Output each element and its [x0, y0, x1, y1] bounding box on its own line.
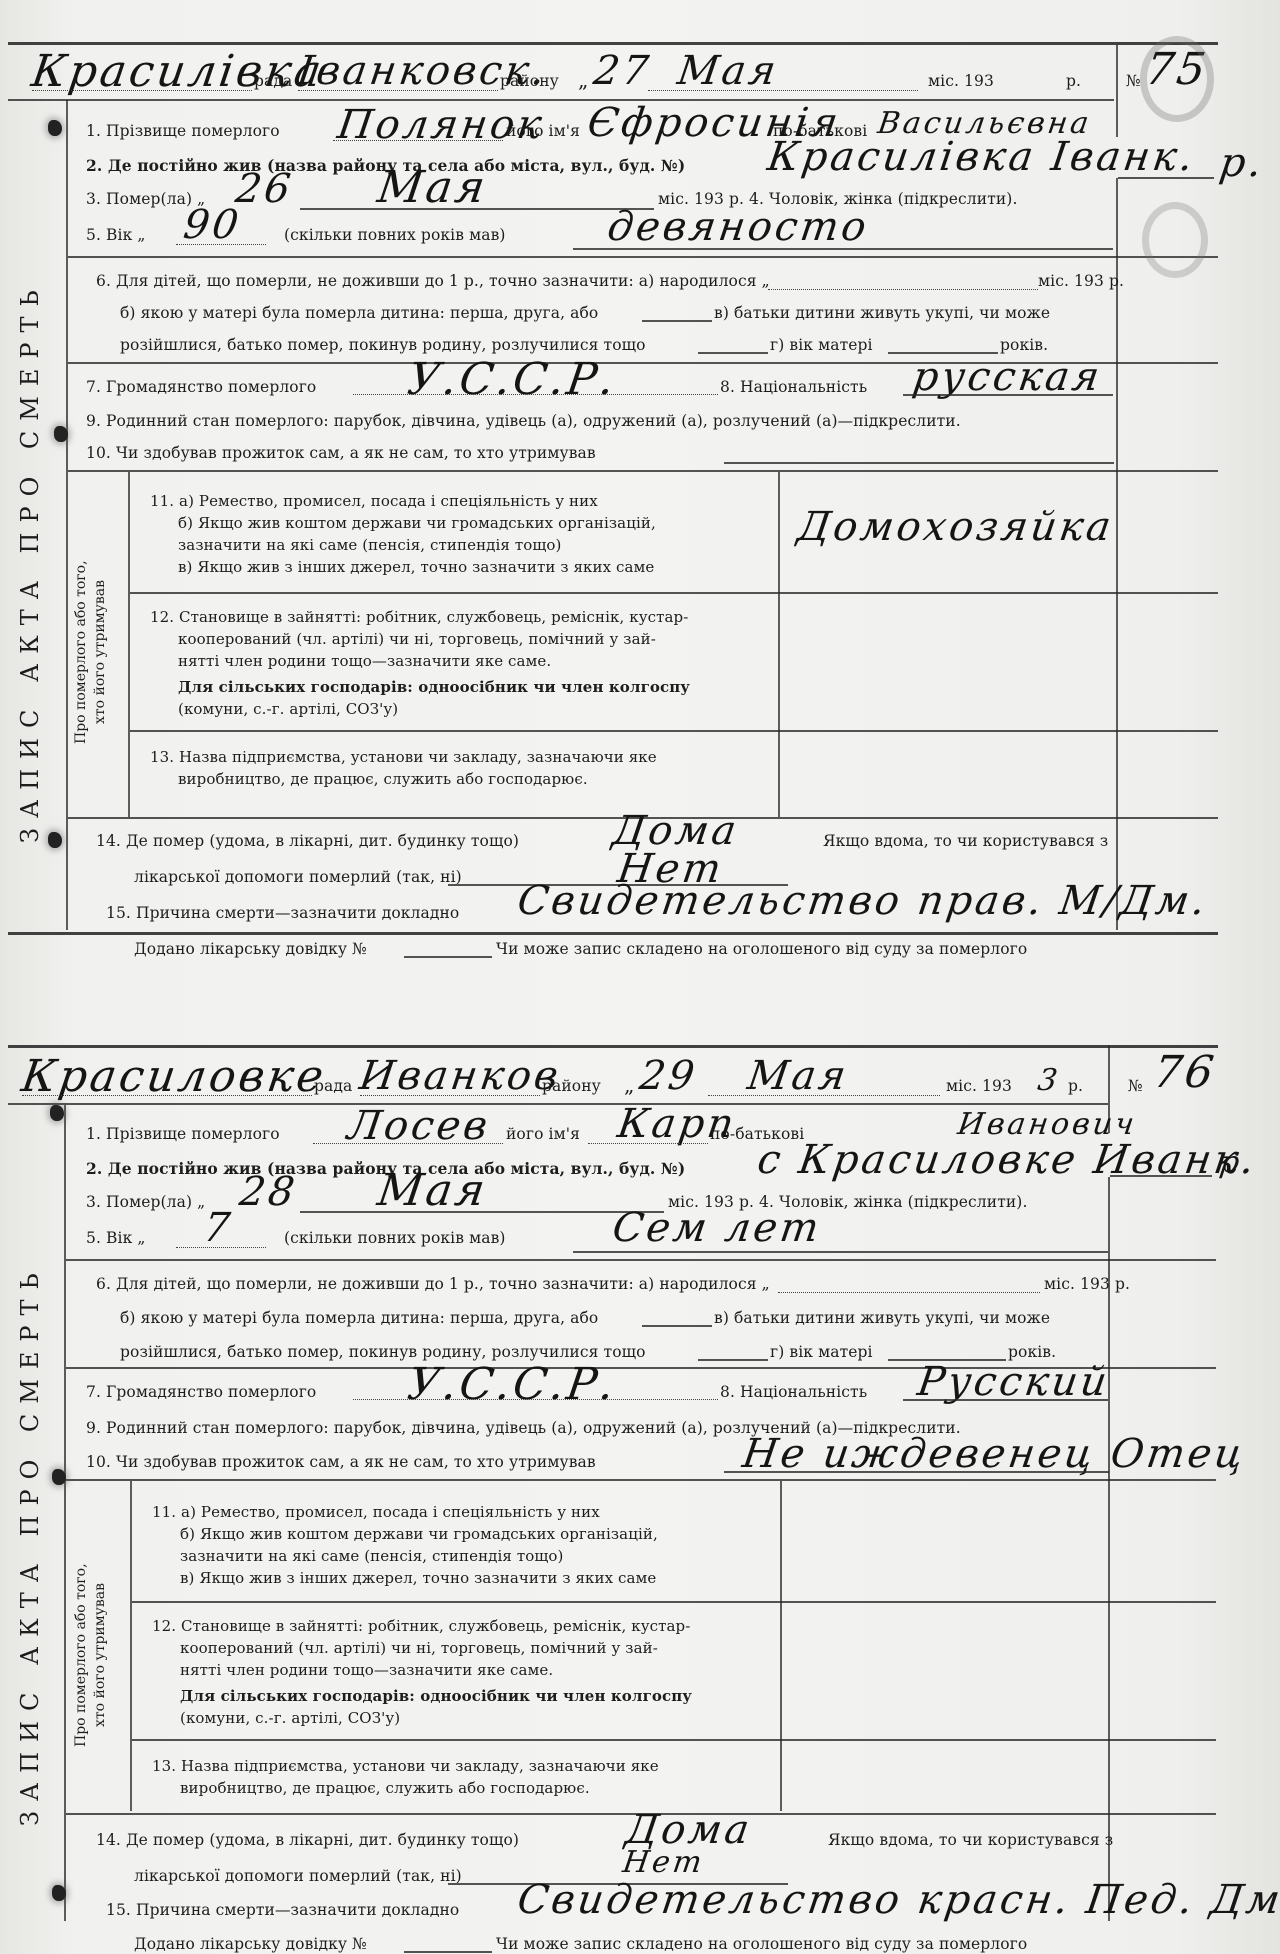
label-q8: 8. Національність — [720, 1383, 867, 1401]
label-q12a: 12. Становище в зайнятті: робітник, служ… — [150, 608, 688, 626]
binding-hole — [52, 1469, 66, 1485]
label-rada: рада — [314, 1077, 352, 1095]
record-2-residence: с Красиловке Иванк. — [755, 1137, 1260, 1183]
label-q3: 3. Помер(ла) „ — [86, 1193, 205, 1211]
label-month: міс. 193 — [946, 1077, 1012, 1095]
label-q14-tail: Якщо вдома, то чи користувався з — [828, 1831, 1113, 1849]
label-q14: 14. Де помер (удома, в лікарні, дит. буд… — [96, 832, 519, 850]
label-q6v: в) батьки дитини живуть укупі, чи може — [714, 304, 1050, 322]
record-1-residence-suffix: р. — [1217, 140, 1268, 186]
label-q10: 10. Чи здобував прожиток сам, а як не са… — [86, 444, 596, 462]
label-raion: району — [542, 1077, 601, 1095]
label-q12d: Для сільських господарів: одноосібник чи… — [178, 678, 690, 696]
label-q5: 5. Вік „ — [86, 1229, 146, 1247]
scanned-document-page: Красилівка рада Іванковск. району „ 27 М… — [0, 0, 1280, 1954]
label-q13a: 13. Назва підприємства, установи чи закл… — [150, 748, 657, 766]
label-q12e: (комуни, с.-г. артілі, СОЗ'у) — [180, 1709, 400, 1727]
label-q15: 15. Причина смерти—зазначити докладно — [106, 1901, 459, 1919]
label-number: № — [1128, 1077, 1143, 1095]
label-rada: рада — [254, 72, 292, 90]
label-q11b2: зазначити на які саме (пенсія, стипендія… — [180, 1547, 564, 1565]
death-record-2: Красиловке рада Иванков району „ 29 Мая … — [8, 1045, 1218, 1925]
label-q6a-tail: міс. 193 р. — [1044, 1275, 1130, 1293]
record-2-death-day: 28 — [237, 1169, 300, 1215]
label-q6a-tail: міс. 193 р. — [1038, 272, 1124, 290]
label-q8: 8. Національність — [720, 378, 867, 396]
label-q13b: виробництво, де працює, служить або госп… — [180, 1779, 590, 1797]
label-q12c: нятті член родини тощо—зазначити яке сам… — [180, 1661, 553, 1679]
record-2-month: Мая — [745, 1053, 852, 1099]
label-q11c: в) Якщо жив з інших джерел, точно зазнач… — [178, 558, 654, 576]
label-q11b2: зазначити на які саме (пенсія, стипендія… — [178, 536, 562, 554]
label-q11c: в) Якщо жив з інших джерел, точно зазнач… — [180, 1569, 656, 1587]
label-q11a: 11. а) Ремество, промисел, посада і спец… — [150, 492, 598, 510]
side-title: ЗАПИС АКТА ПРО СМЕРТЬ — [16, 212, 46, 912]
label-q14: 14. Де помер (удома, в лікарні, дит. буд… — [96, 1831, 519, 1849]
label-q6g: г) вік матері — [770, 336, 873, 354]
binding-hole — [50, 1105, 64, 1121]
label-year: р. — [1068, 1077, 1083, 1095]
label-q6a: 6. Для дітей, що померли, не доживши до … — [96, 272, 770, 290]
label-q12a: 12. Становище в зайнятті: робітник, служ… — [152, 1617, 690, 1635]
binding-hole — [48, 832, 62, 848]
label-q10: 10. Чи здобував прожиток сам, а як не са… — [86, 1453, 596, 1471]
label-q6b: б) якою у матері була померла дитина: пе… — [120, 304, 598, 322]
record-1-death-month: Мая — [374, 162, 491, 213]
label-q16: Додано лікарську довідку № — [134, 1935, 367, 1953]
label-q1: 1. Прізвище померлого — [86, 122, 280, 140]
binding-hole — [52, 1885, 66, 1901]
record-2-age: 7 — [201, 1205, 236, 1251]
label-q7: 7. Громадянство померлого — [86, 378, 316, 396]
pencil-margin-mark — [1140, 36, 1214, 122]
label-year: р. — [1066, 72, 1081, 90]
record-1-month: Мая — [675, 48, 782, 94]
label-q5-tail: (скільки повних років мав) — [284, 226, 506, 244]
label-q6g: г) вік матері — [770, 1343, 873, 1361]
label-raion: району — [500, 72, 559, 90]
record-2-raion: Иванков — [357, 1053, 564, 1099]
death-record-1: Красилівка рада Іванковск. району „ 27 М… — [8, 42, 1218, 932]
label-q6g-tail: років. — [1000, 336, 1048, 354]
record-2-number: 76 — [1150, 1047, 1219, 1098]
label-q14b: лікарської допомоги померлий (так, ні) — [134, 1867, 462, 1885]
label-q11a: 11. а) Ремество, промисел, посада і спец… — [152, 1503, 600, 1521]
label-q14b: лікарської допомоги померлий (так, ні) — [134, 868, 462, 886]
binding-hole — [48, 120, 62, 136]
label-number: № — [1126, 72, 1141, 90]
label-q1-name: його ім'я — [506, 1125, 580, 1143]
label-q12c: нятті член родини тощо—зазначити яке сам… — [178, 652, 551, 670]
record-1-citizenship: У.С.С.Р. — [404, 354, 620, 405]
label-q12b: кооперований (чл. артілі) чи ні, торгове… — [180, 1639, 658, 1657]
label-q11b: б) Якщо жив коштом держави чи громадськи… — [180, 1525, 658, 1543]
record-1-residence: Красилівка Іванк. — [765, 134, 1199, 180]
binding-hole — [54, 426, 68, 442]
side-subtitle: Про померлого або того,хто його утримува… — [72, 512, 126, 792]
label-month: міс. 193 — [928, 72, 994, 90]
record-2-death-month: Мая — [374, 1165, 491, 1216]
pencil-margin-mark — [1142, 202, 1208, 278]
label-q11b: б) Якщо жив коштом держави чи громадськи… — [178, 514, 656, 532]
record-2-medical-help: Нет — [621, 1845, 707, 1880]
record-2-residence-suffix: р. — [1218, 1145, 1258, 1180]
record-1-cause-of-death: Свидетельство прав. М/Дм. — [515, 878, 1211, 924]
label-q9: 9. Родинний стан померлого: парубок, дів… — [86, 412, 961, 430]
label-q5-tail: (скільки повних років мав) — [284, 1229, 506, 1247]
label-q14-tail: Якщо вдома, то чи користувався з — [823, 832, 1108, 850]
side-subtitle: Про померлого або того,хто його утримува… — [72, 1515, 126, 1795]
label-q6a: 6. Для дітей, що померли, не доживши до … — [96, 1275, 770, 1293]
label-q12b: кооперований (чл. артілі) чи ні, торгове… — [178, 630, 656, 648]
record-2-age-words: Сем лет — [610, 1205, 825, 1251]
label-q15: 15. Причина смерти—зазначити докладно — [106, 904, 459, 922]
record-2-citizenship: У.С.С.Р. — [404, 1359, 620, 1410]
label-q12e: (комуни, с.-г. артілі, СОЗ'у) — [178, 700, 398, 718]
record-2-cause-of-death: Свидетельство красн. Пед. Дмб. — [515, 1877, 1280, 1923]
record-1-occupation: Домохозяйка — [795, 504, 1117, 550]
label-q5: 5. Вік „ — [86, 226, 146, 244]
record-1-age: 90 — [181, 202, 244, 248]
label-q6c: розійшлися, батько помер, покинув родину… — [120, 336, 646, 354]
label-q13b: виробництво, де працює, служить або госп… — [178, 770, 588, 788]
label-q12d: Для сільських господарів: одноосібник чи… — [180, 1687, 692, 1705]
label-q6v: в) батьки дитини живуть укупі, чи може — [714, 1309, 1050, 1327]
label-q1-name: його ім'я — [506, 122, 580, 140]
label-q7: 7. Громадянство померлого — [86, 1383, 316, 1401]
side-title: ЗАПИС АКТА ПРО СМЕРТЬ — [16, 1195, 46, 1895]
label-q16-tail: Чи може запис складено на оголошеного ві… — [496, 940, 1027, 958]
label-q6b: б) якою у матері була померла дитина: пе… — [120, 1309, 598, 1327]
record-2-day: 29 — [637, 1053, 700, 1099]
record-1-day: 27 — [591, 48, 654, 94]
record-2-year-digit: 3 — [1036, 1063, 1063, 1098]
label-q16: Додано лікарську довідку № — [134, 940, 367, 958]
label-q16-tail: Чи може запис складено на оголошеного ві… — [496, 1935, 1027, 1953]
label-q13a: 13. Назва підприємства, установи чи закл… — [152, 1757, 659, 1775]
record-1-age-words: девяносто — [605, 204, 872, 250]
label-q1: 1. Прізвище померлого — [86, 1125, 280, 1143]
